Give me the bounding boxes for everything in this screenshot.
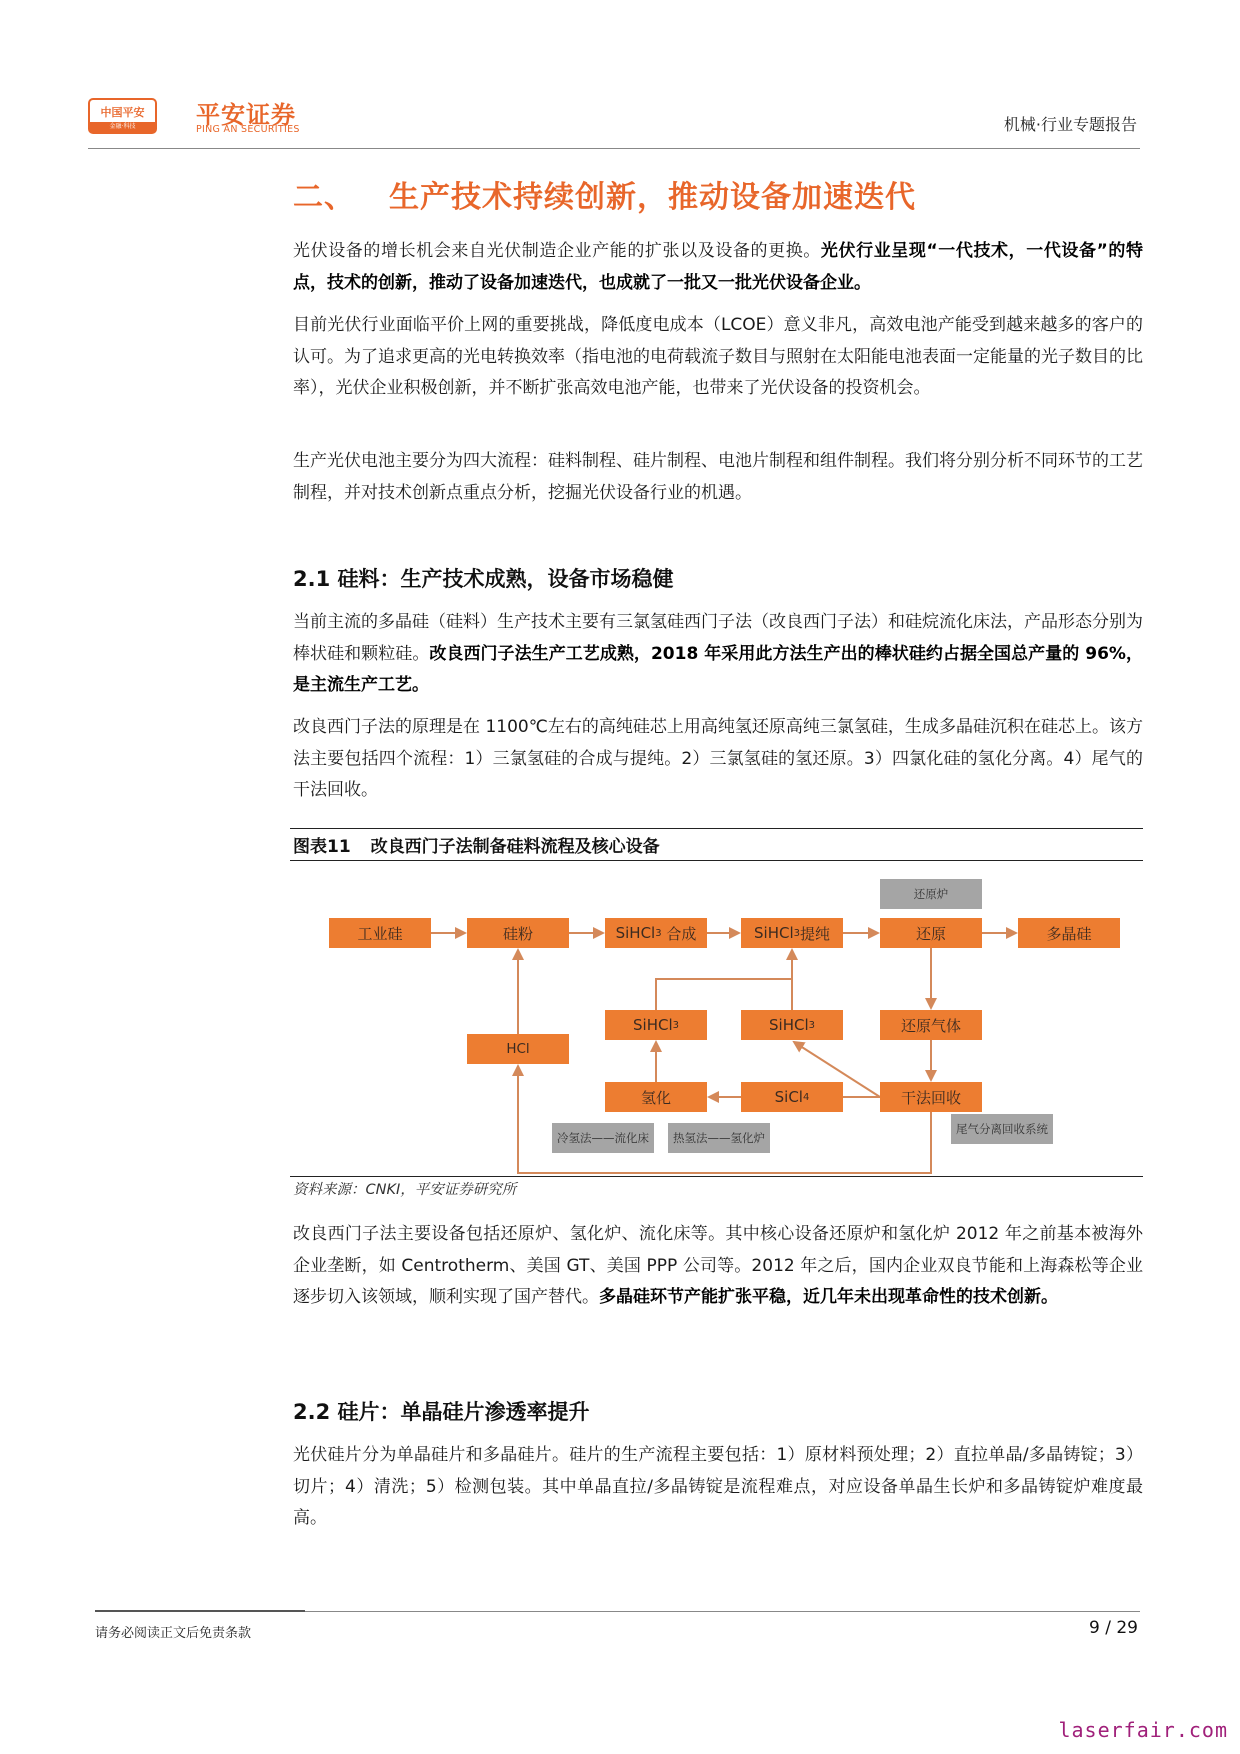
node-industrial-silicon: 工业硅 — [329, 918, 431, 948]
equipment-emphasis: 多晶硅环节产能扩张平稳，近几年未出现革命性的技术创新。 — [599, 1287, 1058, 1307]
node-reduction-gas: 还原气体 — [880, 1010, 982, 1040]
node-sihcl3-purification: SiHCl3提纯 — [741, 918, 843, 948]
node-silicon-powder: 硅粉 — [467, 918, 569, 948]
node-sicl4: SiCl4 — [741, 1082, 843, 1112]
node-sihcl3-synthesis: SiHCl3 合成 — [605, 918, 707, 948]
equipment-reduction-furnace: 还原炉 — [880, 879, 982, 909]
page-number: 9 / 29 — [1089, 1618, 1138, 1638]
equipment-hot-hydrogenation: 热氢法——氢化炉 — [668, 1123, 770, 1153]
subsection-title-2-2: 2.2 硅片：单晶硅片渗透率提升 — [293, 1396, 590, 1426]
node-dry-recovery: 干法回收 — [880, 1082, 982, 1112]
node-hcl: HCl — [467, 1034, 569, 1064]
node-sihcl3-recycled-a: SiHCl3 — [605, 1010, 707, 1040]
equipment-cold-hydrogenation: 冷氢法——流化床 — [552, 1123, 654, 1153]
disclaimer-link[interactable]: 请务必阅读正文后免责条款 — [95, 1622, 251, 1641]
node-hydrogenation: 氢化 — [605, 1082, 707, 1112]
node-polysilicon: 多晶硅 — [1018, 918, 1120, 948]
figure-source: 资料来源：CNKI，平安证券研究所 — [293, 1178, 516, 1199]
paragraph-equipment: 改良西门子法主要设备包括还原炉、氢化炉、流化床等。其中核心设备还原炉和氢化炉 2… — [293, 1219, 1143, 1314]
footer-divider-accent — [95, 1610, 305, 1612]
node-reduction: 还原 — [880, 918, 982, 948]
equipment-tail-gas-recovery: 尾气分离回收系统 — [951, 1114, 1053, 1144]
footer-divider — [305, 1611, 1140, 1612]
paragraph-wafer: 光伏硅片分为单晶硅片和多晶硅片。硅片的生产流程主要包括：1）原材料预处理；2）直… — [293, 1440, 1143, 1535]
figure-bottom-rule — [290, 1176, 1143, 1177]
node-sihcl3-recycled-b: SiHCl3 — [741, 1010, 843, 1040]
watermark: laserfair.com — [1058, 1718, 1228, 1742]
